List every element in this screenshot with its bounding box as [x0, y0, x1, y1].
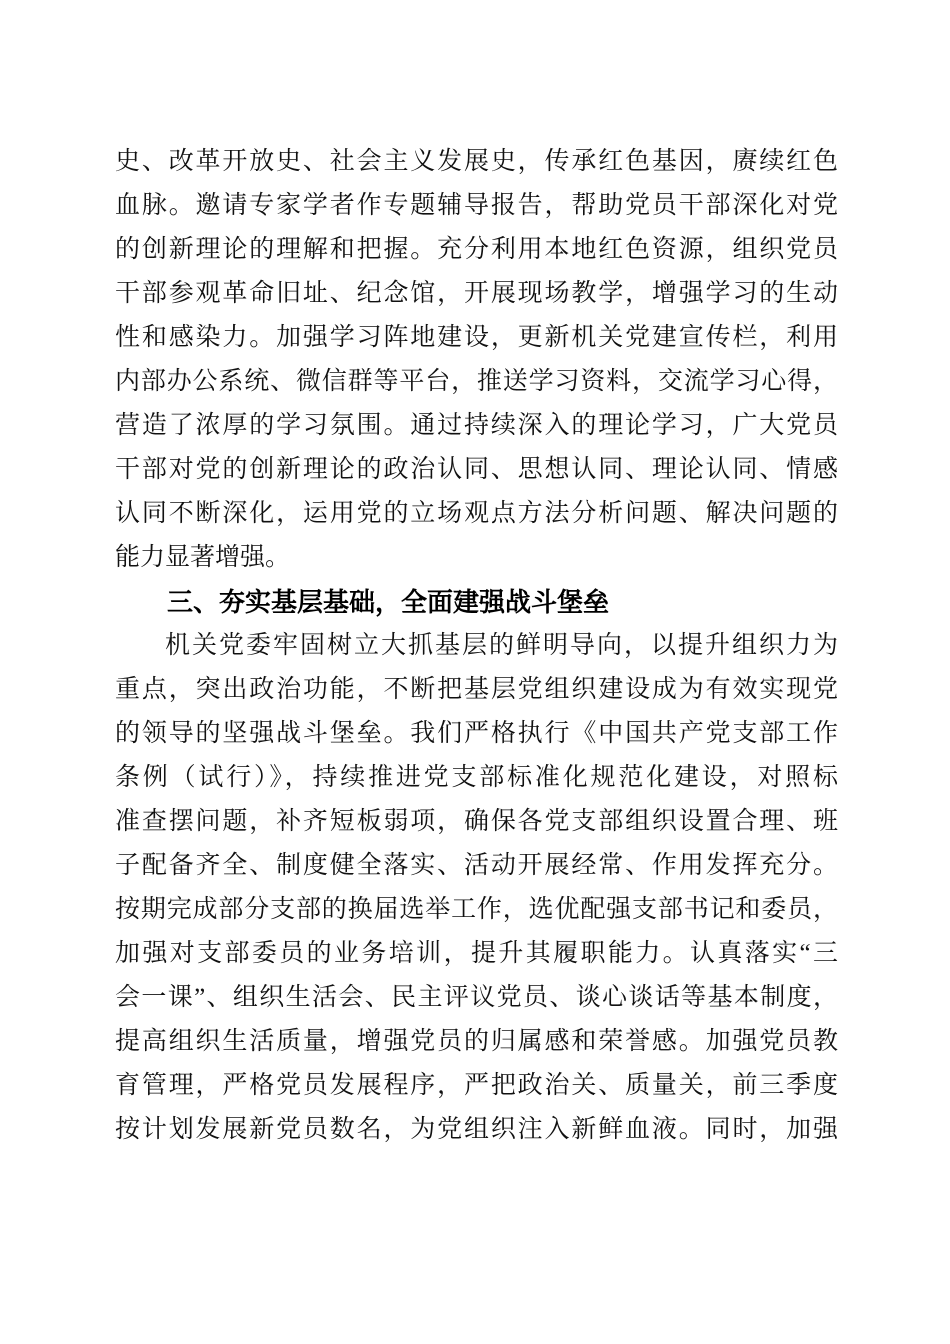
text-line: 内部办公系统、微信群等平台，推送学习资料，交流学习心得， [115, 360, 838, 404]
text-line: 干部参观革命旧址、纪念馆，开展现场教学，增强学习的生动 [115, 272, 838, 316]
paragraph-theory-study: 史、改革开放史、社会主义发展史，传承红色基因，赓续红色血脉。邀请专家学者作专题辅… [115, 140, 838, 580]
text-line: 史、改革开放史、社会主义发展史，传承红色基因，赓续红色 [115, 140, 838, 184]
text-line: 的创新理论的理解和把握。充分利用本地红色资源，组织党员 [115, 228, 838, 272]
text-line: 子配备齐全、制度健全落实、活动开展经常、作用发挥充分。 [115, 844, 838, 888]
text-line: 按期完成部分支部的换届选举工作，选优配强支部书记和委员， [115, 888, 838, 932]
section-heading: 三、夯实基层基础，全面建强战斗堡垒 [115, 580, 838, 624]
text-line: 准查摆问题，补齐短板弱项，确保各党支部组织设置合理、班 [115, 800, 838, 844]
text-line: 认同不断深化，运用党的立场观点方法分析问题、解决问题的 [115, 492, 838, 536]
text-line: 重点，突出政治功能，不断把基层党组织建设成为有效实现党 [115, 668, 838, 712]
paragraph-grassroots: 机关党委牢固树立大抓基层的鲜明导向，以提升组织力为重点，突出政治功能，不断把基层… [115, 624, 838, 1152]
text-line: 加强对支部委员的业务培训，提升其履职能力。认真落实“三 [115, 932, 838, 976]
text-line: 提高组织生活质量，增强党员的归属感和荣誉感。加强党员教 [115, 1020, 838, 1064]
text-line: 条例（试行）》，持续推进党支部标准化规范化建设，对照标 [115, 756, 838, 800]
text-line: 性和感染力。加强学习阵地建设，更新机关党建宣传栏，利用 [115, 316, 838, 360]
text-line: 能力显著增强。 [115, 536, 838, 580]
document-page: 史、改革开放史、社会主义发展史，传承红色基因，赓续红色血脉。邀请专家学者作专题辅… [0, 0, 950, 1344]
text-line: 育管理，严格党员发展程序，严把政治关、质量关，前三季度 [115, 1064, 838, 1108]
text-line: 的领导的坚强战斗堡垒。我们严格执行《中国共产党支部工作 [115, 712, 838, 756]
text-line: 营造了浓厚的学习氛围。通过持续深入的理论学习，广大党员 [115, 404, 838, 448]
text-line: 机关党委牢固树立大抓基层的鲜明导向，以提升组织力为 [115, 624, 838, 668]
text-line: 干部对党的创新理论的政治认同、思想认同、理论认同、情感 [115, 448, 838, 492]
text-line: 血脉。邀请专家学者作专题辅导报告，帮助党员干部深化对党 [115, 184, 838, 228]
text-line: 按计划发展新党员数名，为党组织注入新鲜血液。同时，加强 [115, 1108, 838, 1152]
text-line: 会一课”、组织生活会、民主评议党员、谈心谈话等基本制度， [115, 976, 838, 1020]
